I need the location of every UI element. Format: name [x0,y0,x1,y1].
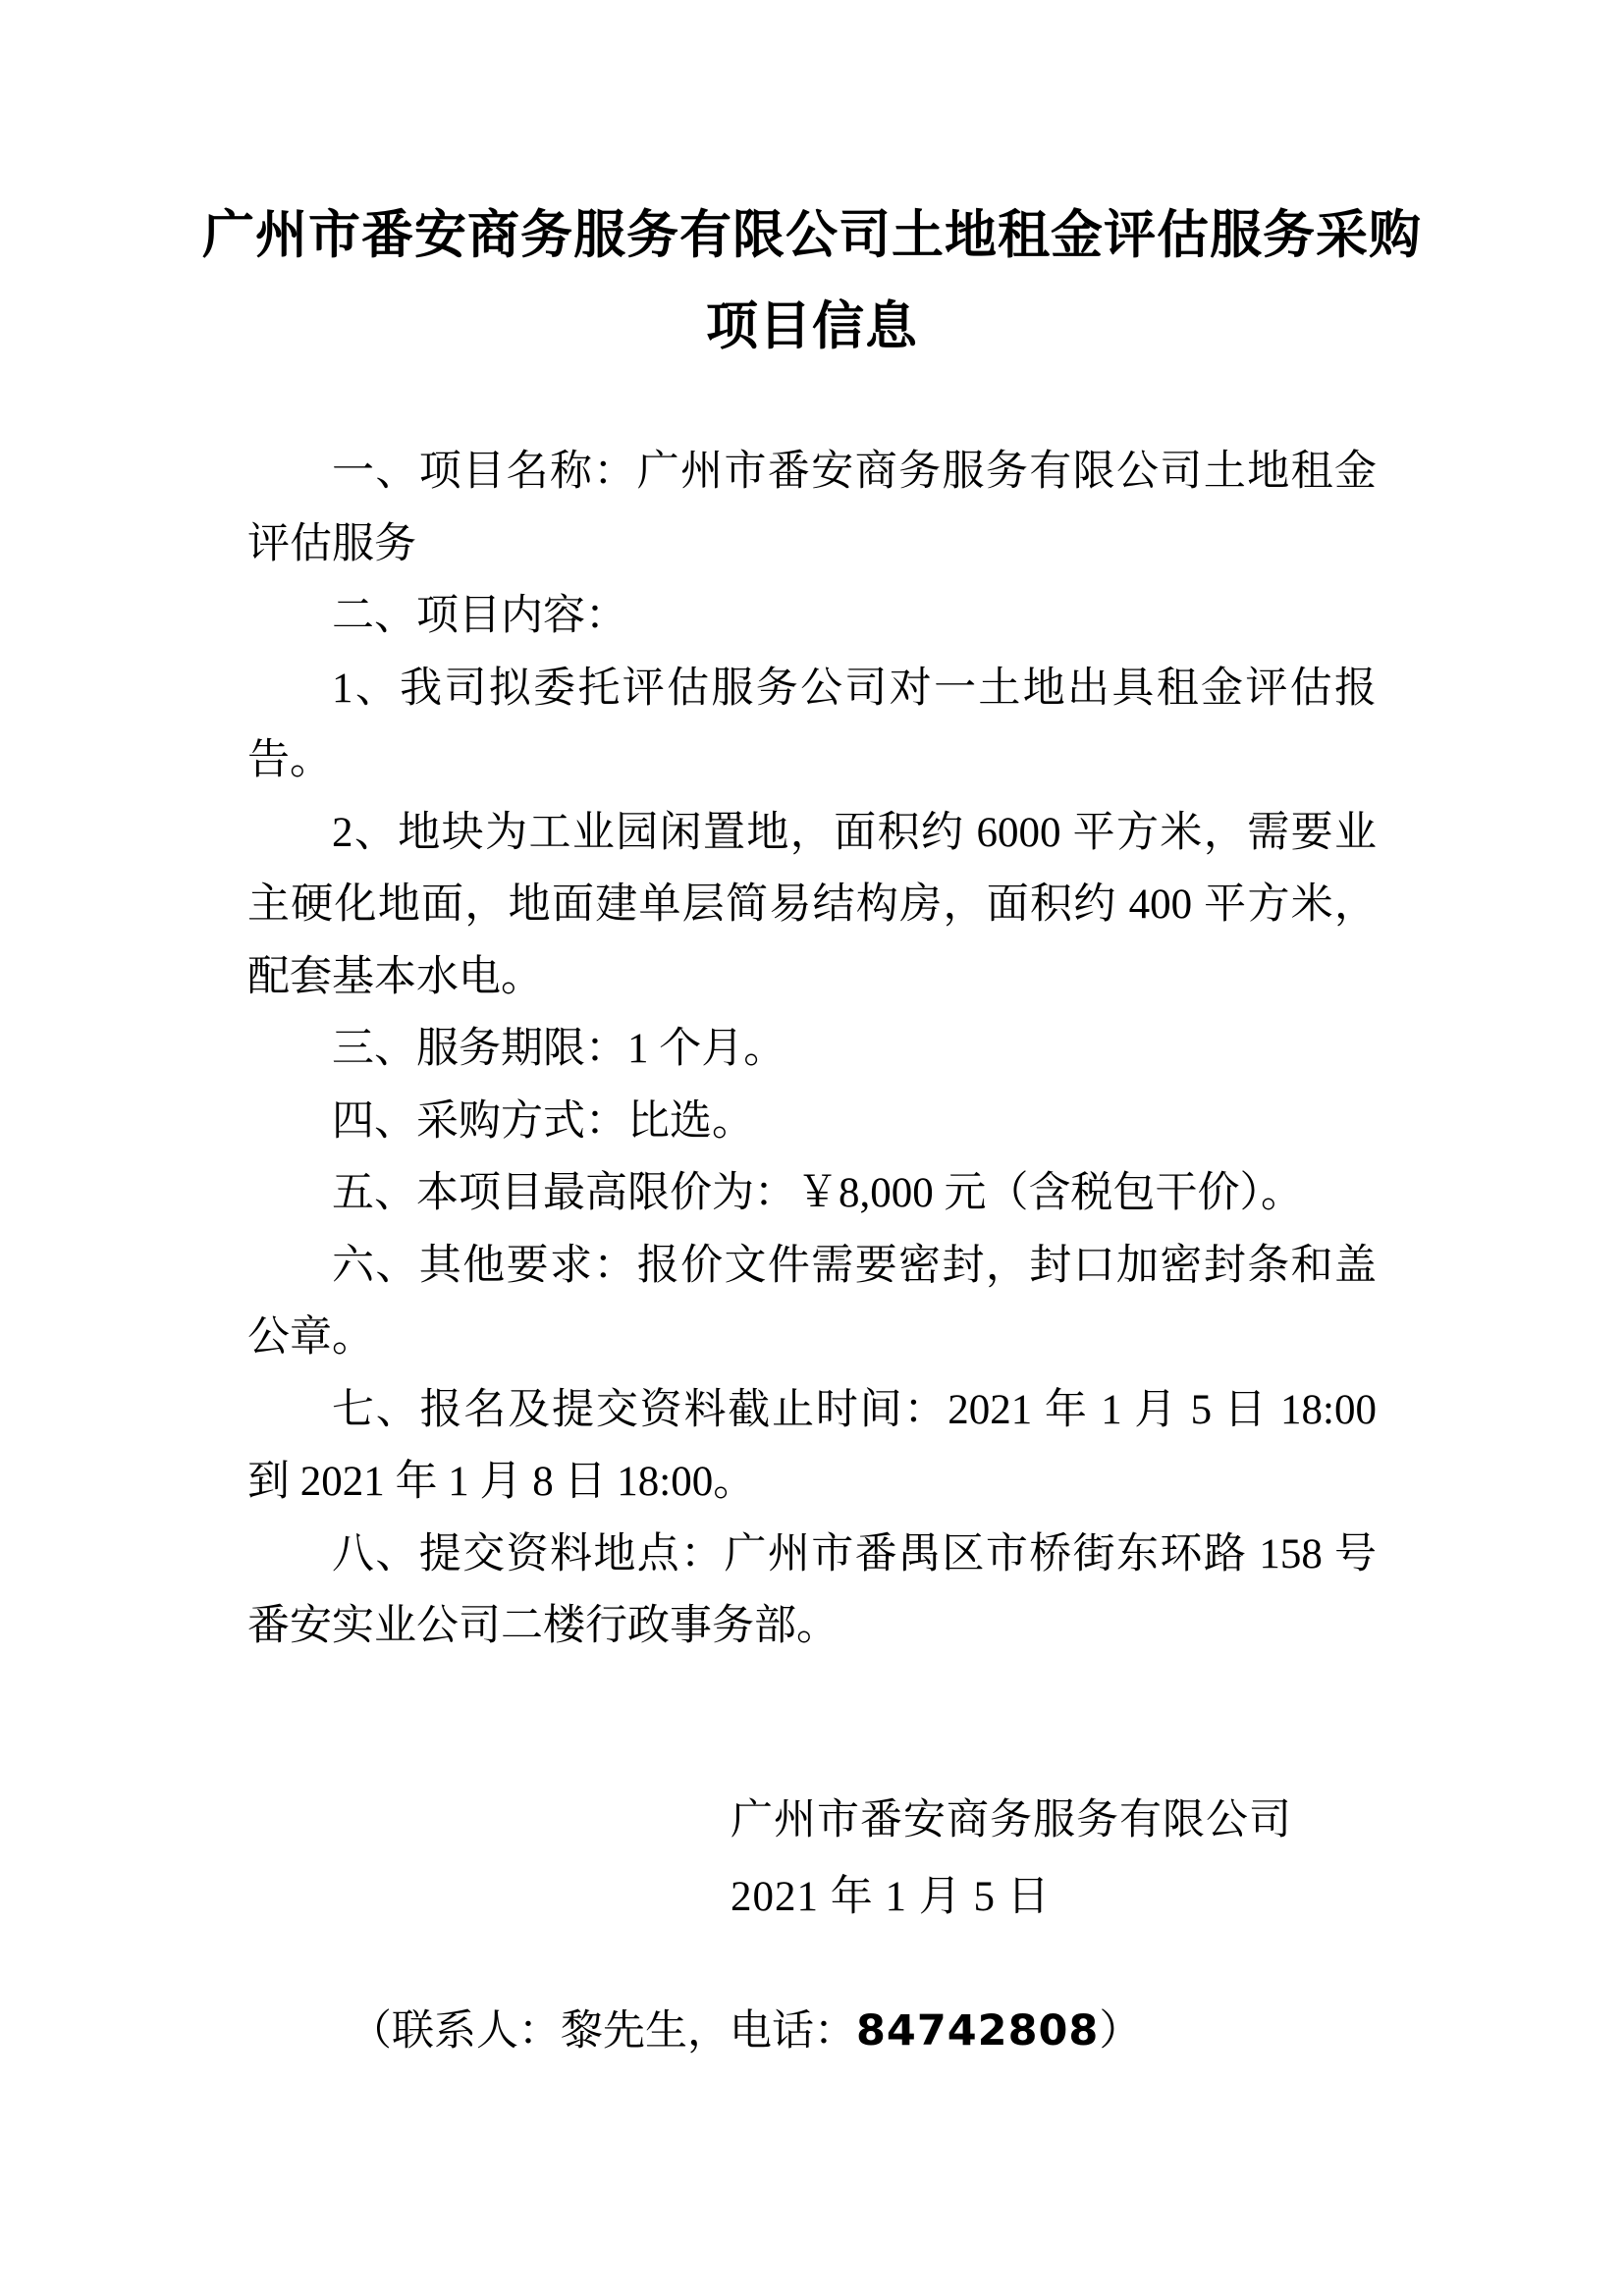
body-line: 1、我司拟委托评估服务公司对一土地出具租金评估报 [247,653,1377,725]
body-line: 评估服务 [247,508,1377,581]
contact-prefix: （联系人：黎先生，电话： [350,2008,856,2055]
body-line: 三、服务期限：1 个月。 [247,1013,1377,1086]
document-title-line-2: 项目信息 [0,282,1624,373]
body-line: 八、提交资料地点：广州市番禺区市桥街东环路 158 号 [247,1519,1377,1591]
body-line: 公章。 [247,1302,1377,1374]
body-line: 配套基本水电。 [247,941,1377,1014]
body-line: 一、项目名称：广州市番安商务服务有限公司土地租金 [247,436,1377,508]
document-page: 广州市番安商务服务有限公司土地租金评估服务采购 项目信息 一、项目名称：广州市番… [0,0,1624,2296]
signature-block: 广州市番安商务服务有限公司 2021 年 1 月 5 日 [731,1783,1292,1936]
body-line: 番安实业公司二楼行政事务部。 [247,1590,1377,1663]
body-line: 二、项目内容： [247,580,1377,653]
contact-phone-number: 84742808 [856,2006,1099,2056]
contact-suffix: ） [1099,2008,1141,2055]
signature-date: 2021 年 1 月 5 日 [731,1859,1292,1936]
signature-company: 广州市番安商务服务有限公司 [731,1783,1292,1859]
body-line: 2、地块为工业园闲置地，面积约 6000 平方米，需要业 [247,797,1377,870]
body-line: 到 2021 年 1 月 8 日 18:00。 [247,1446,1377,1519]
body-line: 主硬化地面，地面建单层简易结构房，面积约 400 平方米， [247,869,1377,941]
contact-line: （联系人：黎先生，电话：84742808） [350,2002,1141,2060]
document-title: 广州市番安商务服务有限公司土地租金评估服务采购 项目信息 [0,190,1624,373]
body-line: 四、采购方式：比选。 [247,1086,1377,1158]
body-line: 七、报名及提交资料截止时间：2021 年 1 月 5 日 18:00 [247,1374,1377,1447]
body-line: 六、其他要求：报价文件需要密封，封口加密封条和盖 [247,1230,1377,1303]
document-body: 一、项目名称：广州市番安商务服务有限公司土地租金 评估服务 二、项目内容： 1、… [247,436,1377,1663]
body-line: 告。 [247,724,1377,797]
body-line: 五、本项目最高限价为：￥8,000 元（含税包干价）。 [247,1157,1377,1230]
document-title-line-1: 广州市番安商务服务有限公司土地租金评估服务采购 [0,190,1624,282]
